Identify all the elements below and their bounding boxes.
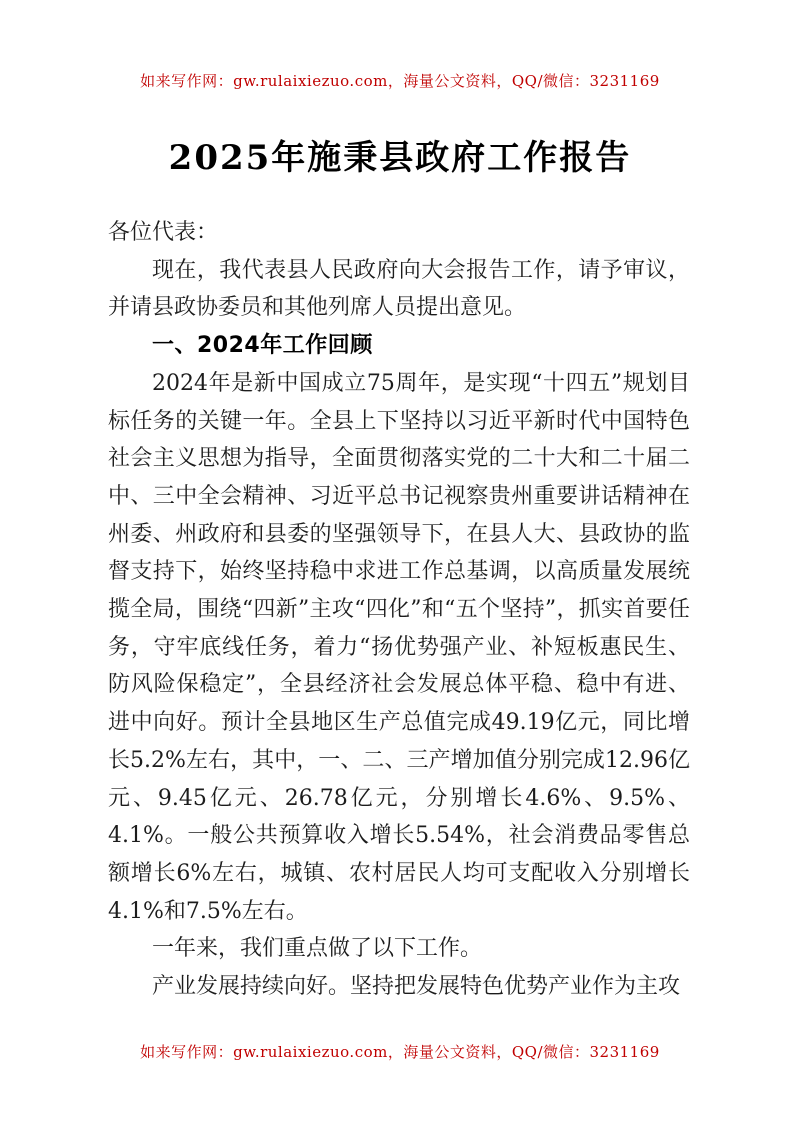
document-body: 各位代表： 现在，我代表县人民政府向大会报告工作，请予审议，并请县政协委员和其他… bbox=[108, 214, 690, 1006]
work-summary-lead-paragraph: 一年来，我们重点做了以下工作。 bbox=[108, 930, 690, 968]
review-overview-paragraph: 2024年是新中国成立75周年，是实现“十四五”规划目标任务的关键一年。全县上下… bbox=[108, 365, 690, 931]
section-heading-2024-review: 一、2024年工作回顾 bbox=[108, 327, 690, 365]
salutation-paragraph: 各位代表： bbox=[108, 214, 690, 252]
industry-development-paragraph: 产业发展持续向好。坚持把发展特色优势产业作为主攻 bbox=[108, 968, 690, 1006]
header-watermark-note: 如来写作网：gw.rulaixiezuo.com，海量公文资料，QQ/微信：32… bbox=[0, 70, 800, 91]
intro-paragraph: 现在，我代表县人民政府向大会报告工作，请予审议，并请县政协委员和其他列席人员提出… bbox=[108, 252, 690, 327]
footer-watermark-note: 如来写作网：gw.rulaixiezuo.com，海量公文资料，QQ/微信：32… bbox=[0, 1041, 800, 1062]
document-title: 2025年施秉县政府工作报告 bbox=[0, 130, 800, 179]
document-page: 如来写作网：gw.rulaixiezuo.com，海量公文资料，QQ/微信：32… bbox=[0, 0, 800, 1131]
